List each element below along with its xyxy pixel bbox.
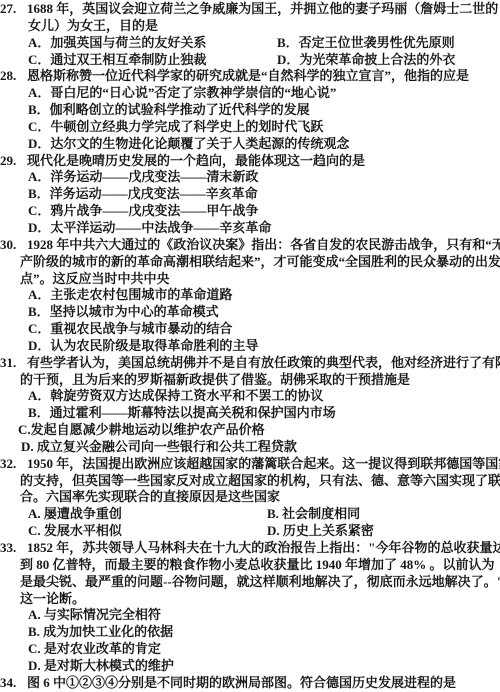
question-stem-line: 到 80 亿普特，而最主要的粮食作物小麦总收获量比 1940 年增加了 48% … [0,557,500,574]
question-stem-line: 31.有些学者认为，美国总统胡佛并不是自有放任政策的典型代表，他对经济进行了有限 [0,355,500,372]
question-stem-line: 点”。这反应当时中共中央 [0,271,500,288]
question-stem-line: 是最尖锐、最严重的问题--谷物问题，就这样顺利地解决了，彻底而永远地解决了。" [0,574,500,591]
question-33: 33.1852 年，苏共领导人马林科夫在十九大的政治报告上指出："今年谷物的总收… [0,540,500,675]
question-29: 29.现代化是晚晴历史发展的一个趋向，最能体现这一趋向的是 A．洋务运动——戊戌… [0,153,500,237]
option-b: B. 社会制度相同 [267,506,360,521]
option-d: D．认为农民阶级是取得革命胜利的主导 [0,338,500,355]
option-row: A．加强英国与荷兰的友好关系B．否定王位世袭男性优先原则 [0,35,500,52]
option-b: B．洋务运动——戊戌变法——辛亥革命 [0,186,500,203]
option-b: B．否定王位世袭男性优先原则 [277,35,455,50]
option-c: C．牛顿创立经典力学完成了科学史上的划时代飞跃 [0,119,500,136]
question-stem-line: 这一论断。 [0,591,500,608]
option-c: C．重视农民战争与城市暴动的结合 [0,321,500,338]
stem-text: 恩格斯称赞一位近代科学家的研究成就是“自然科学的独立宣言”，他指的应是 [27,68,469,83]
stem-text: 1950 年，法国提出欧洲应该超越国家的藩篱联合起来。这一提议得到联邦德国等国家 [27,456,500,471]
option-b: B．通过霍利——斯幕特法以提高关税和保护国内市场 [0,405,500,422]
option-a: A. 与实际情况完全相符 [0,607,500,624]
option-b: B．伽利略创立的试验科学推动了近代科学的发展 [0,102,500,119]
option-c: C．鸦片战争——戊戌变法——甲午战争 [0,203,500,220]
option-d: D．达尔文的生物进化论颠覆了关于人类起源的传统观念 [0,136,500,153]
question-27: 27.1688 年，英国议会迎立荷兰之争威廉为国王，并拥立他的妻子玛丽（詹姆士二… [0,1,500,68]
question-number: 33. [0,540,27,557]
option-d: D. 历史上关系紧密 [267,523,374,538]
question-stem-line: 32.1950 年，法国提出欧洲应该超越国家的藩篱联合起来。这一提议得到联邦德国… [0,456,500,473]
option-a: A. 屡遭战争重创 [28,506,267,523]
option-a: A．哥白尼的“日心说”否定了宗教神学崇信的“地心说” [0,85,500,102]
stem-text: 图 6 中①②③④分别是不同时期的欧洲局部图。符合德国历史发展进程的是 [27,675,456,690]
question-stem-line: 29.现代化是晚晴历史发展的一个趋向，最能体现这一趋向的是 [0,153,500,170]
question-stem-line: 女儿）为女王，目的是 [0,18,500,35]
question-34: 34.图 6 中①②③④分别是不同时期的欧洲局部图。符合德国历史发展进程的是 [0,675,500,692]
option-a: A．洋务运动——戊戌变法——清末新政 [0,169,500,186]
option-c: C.发起自愿减少耕地运动以维护农产品价格 [0,422,500,439]
option-row: C. 发展水平相似D. 历史上关系紧密 [0,523,500,540]
option-b: B．坚持以城市为中心的革命模式 [0,304,500,321]
exam-page: 27.1688 年，英国议会迎立荷兰之争威廉为国王，并拥立他的妻子玛丽（詹姆士二… [0,1,500,692]
question-stem-line: 34.图 6 中①②③④分别是不同时期的欧洲局部图。符合德国历史发展进程的是 [0,675,500,692]
question-number: 28. [0,68,27,85]
stem-text: 1852 年，苏共领导人马林科夫在十九大的政治报告上指出："今年谷物的总收获量达 [27,540,500,555]
question-stem-line: 产阶级的城市的新的革命高潮相联结起来”，才可能变成“全国胜利的民众暴动的出发 [0,254,500,271]
question-32: 32.1950 年，法国提出欧洲应该超越国家的藩篱联合起来。这一提议得到联邦德国… [0,456,500,540]
question-number: 29. [0,153,27,170]
question-number: 30. [0,237,27,254]
question-31: 31.有些学者认为，美国总统胡佛并不是自有放任政策的典型代表，他对经济进行了有限… [0,355,500,456]
question-stem-line: 30.1928 年中共六大通过的《政治议决案》指出：各省自发的农民游击战争，只有… [0,237,500,254]
option-d: D. 是对斯大林模式的维护 [0,658,500,675]
question-stem-line: 合。六国率先实现联合的直接原因是这些国家 [0,489,500,506]
question-stem-line: 28.恩格斯称赞一位近代科学家的研究成就是“自然科学的独立宣言”，他指的应是 [0,68,500,85]
option-a: A．主张走农村包围城市的革命道路 [0,287,500,304]
question-30: 30.1928 年中共六大通过的《政治议决案》指出：各省自发的农民游击战争，只有… [0,237,500,355]
option-d: D．太平洋运动——中法战争——辛亥革命 [0,220,500,237]
stem-text: 有些学者认为，美国总统胡佛并不是自有放任政策的典型代表，他对经济进行了有限 [27,355,500,370]
question-stem-line: 的支持，但英国等一些国家反对成立超国家的机构，只有法、德、意等六国实现了联 [0,473,500,490]
stem-text: 1928 年中共六大通过的《政治议决案》指出：各省自发的农民游击战争，只有和“无 [27,237,500,252]
question-number: 34. [0,675,27,692]
option-b: B. 成为加快工业化的依据 [0,624,500,641]
question-stem-line: 33.1852 年，苏共领导人马林科夫在十九大的政治报告上指出："今年谷物的总收… [0,540,500,557]
option-c: C. 是对农业改革的肯定 [0,641,500,658]
question-28: 28.恩格斯称赞一位近代科学家的研究成就是“自然科学的独立宣言”，他指的应是 A… [0,68,500,152]
stem-text: 1688 年，英国议会迎立荷兰之争威廉为国王，并拥立他的妻子玛丽（詹姆士二世的 [27,1,498,16]
question-stem-line: 的干预，且为后来的罗斯福新政提供了借鉴。胡佛采取的干预措施是 [0,372,500,389]
option-d: D. 成立复兴金融公司向一些银行和公共工程贷款 [0,439,500,456]
option-a: A．斡旋劳资双方达成保持工资水平和不罢工的协议 [0,388,500,405]
option-row: A. 屡遭战争重创B. 社会制度相同 [0,506,500,523]
option-c: C．通过双王相互牵制防止独裁 [28,52,277,69]
question-number: 31. [0,355,27,372]
stem-text: 现代化是晚晴历史发展的一个趋向，最能体现这一趋向的是 [27,153,365,168]
question-stem-line: 27.1688 年，英国议会迎立荷兰之争威廉为国王，并拥立他的妻子玛丽（詹姆士二… [0,1,500,18]
question-number: 32. [0,456,27,473]
option-c: C. 发展水平相似 [28,523,267,540]
option-d: D．为光荣革命披上合法的外衣 [277,52,455,67]
option-row: C．通过双王相互牵制防止独裁D．为光荣革命披上合法的外衣 [0,52,500,69]
question-number: 27. [0,1,27,18]
option-a: A．加强英国与荷兰的友好关系 [28,35,277,52]
